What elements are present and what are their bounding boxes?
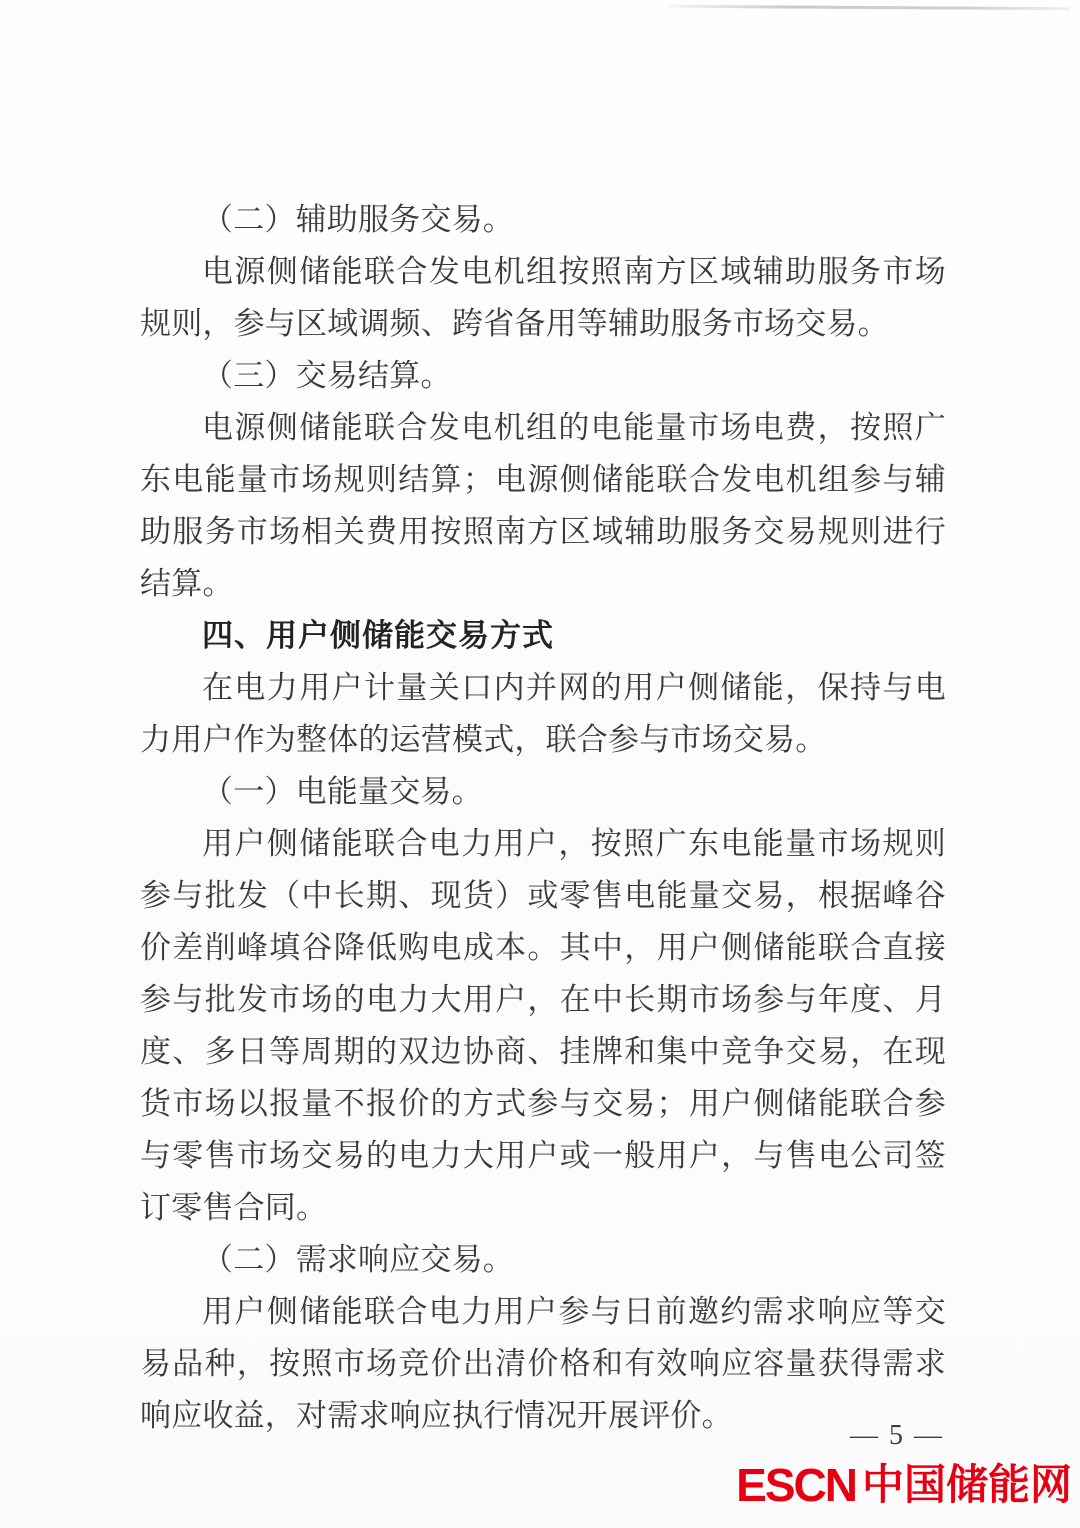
paragraph-body: 电源侧储能联合发电机组按照南方区域辅助服务市场规则，参与区域调频、跨省备用等辅助… [140,246,946,350]
paragraph-body: 在电力用户计量关口内并网的用户侧储能，保持与电力用户作为整体的运营模式，联合参与… [140,662,946,766]
escn-logo-cjk-text: 中国储能网 [862,1463,1072,1507]
section-heading-4: 四、用户侧储能交易方式 [140,610,946,662]
scan-artifact-line [668,5,1070,10]
document-page: （二）辅助服务交易。 电源侧储能联合发电机组按照南方区域辅助服务市场规则，参与区… [0,0,1080,1528]
paragraph-subheading-2: （二）辅助服务交易。 [140,194,946,246]
page-number: — 5 — [850,1420,944,1452]
escn-logo-latin-text: ESCN [736,1463,856,1507]
paragraph-body: 用户侧储能联合电力用户，按照广东电能量市场规则参与批发（中长期、现货）或零售电能… [140,818,946,1234]
paragraph-body: 电源侧储能联合发电机组的电能量市场电费，按照广东电能量市场规则结算；电源侧储能联… [140,402,946,610]
escn-logo: ESCN 中国储能网 [736,1463,1072,1507]
paragraph-body: 用户侧储能联合电力用户参与日前邀约需求响应等交易品种，按照市场竞价出清价格和有效… [140,1286,946,1442]
paragraph-subheading-2b: （二）需求响应交易。 [140,1234,946,1286]
paragraph-subheading-1: （一）电能量交易。 [140,766,946,818]
paragraph-subheading-3: （三）交易结算。 [140,350,946,402]
document-body: （二）辅助服务交易。 电源侧储能联合发电机组按照南方区域辅助服务市场规则，参与区… [140,194,946,1442]
